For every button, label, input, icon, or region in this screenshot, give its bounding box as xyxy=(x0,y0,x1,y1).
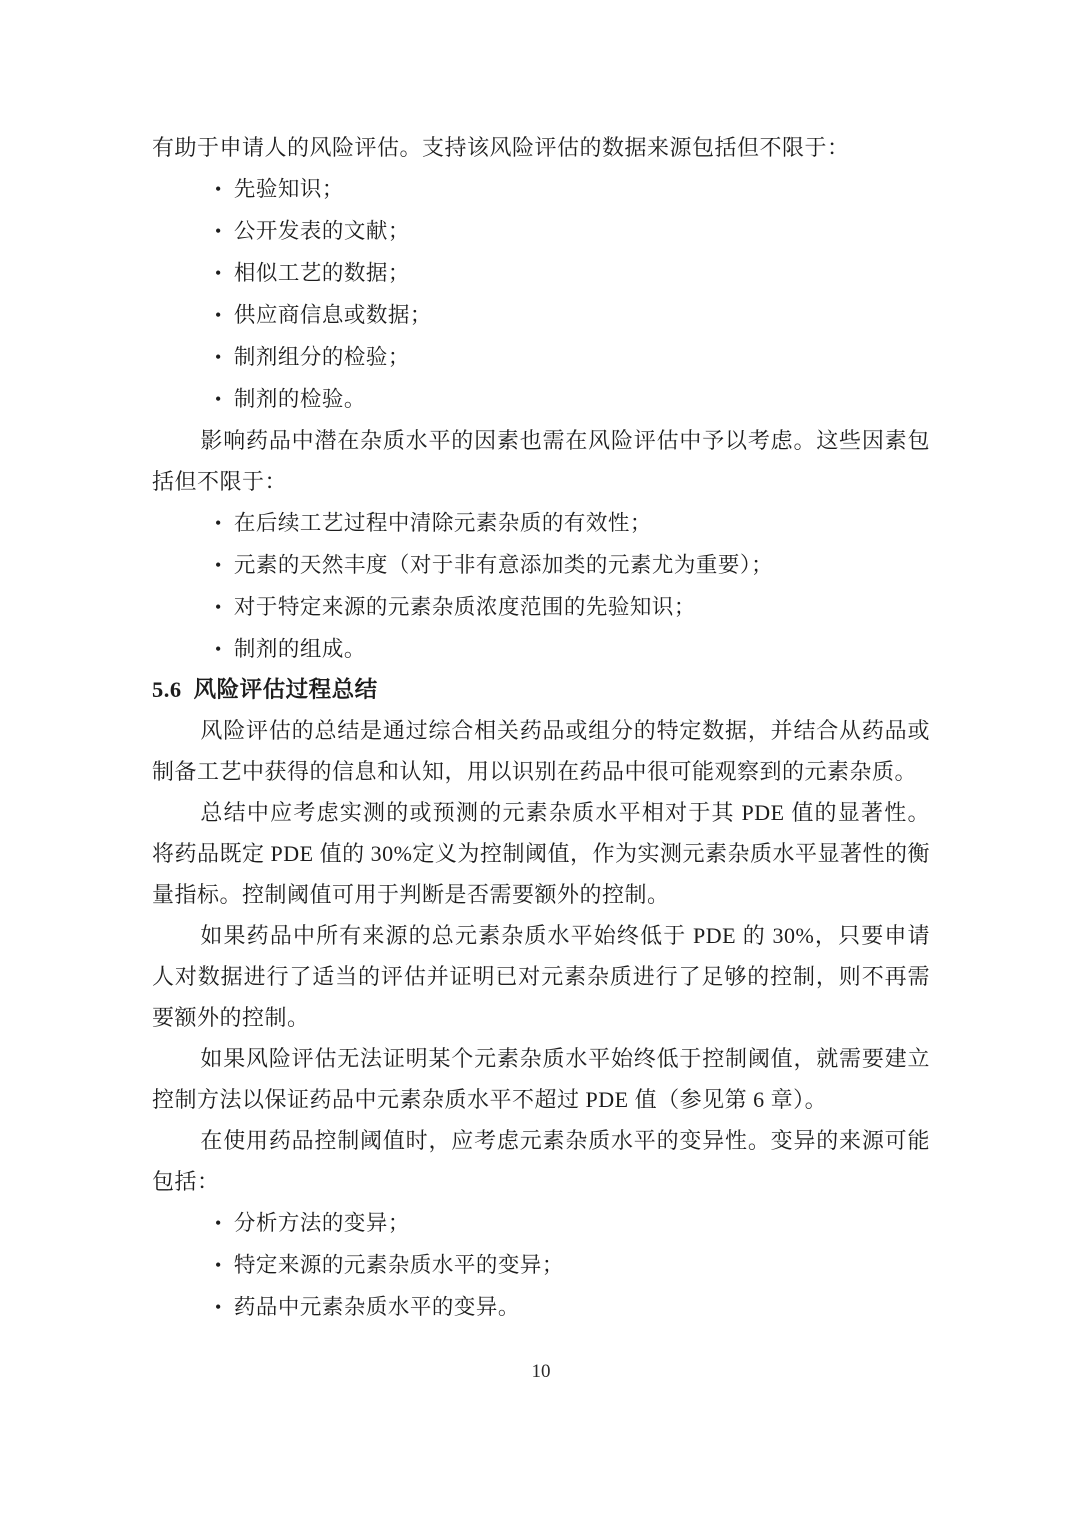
list-item: •元素的天然丰度（对于非有意添加类的元素尤为重要）； xyxy=(152,544,930,586)
list-item-text: 在后续工艺过程中清除元素杂质的有效性； xyxy=(234,511,652,535)
list-item-text: 制剂的检验。 xyxy=(234,387,366,411)
list-item: •特定来源的元素杂质水平的变异； xyxy=(152,1244,930,1286)
bullet-icon: • xyxy=(215,628,222,670)
section-number: 5.6 xyxy=(152,677,182,702)
bullet-icon: • xyxy=(215,1202,222,1244)
list-item-text: 对于特定来源的元素杂质浓度范围的先验知识； xyxy=(234,595,696,619)
list-item-text: 先验知识； xyxy=(234,177,344,201)
list-item: •对于特定来源的元素杂质浓度范围的先验知识； xyxy=(152,586,930,628)
list-item: •先验知识； xyxy=(152,168,930,210)
list-item-text: 供应商信息或数据； xyxy=(234,303,432,327)
paragraph: 如果药品中所有来源的总元素杂质水平始终低于 PDE 的 30%，只要申请人对数据… xyxy=(152,915,930,1038)
list-item: •制剂的组成。 xyxy=(152,628,930,670)
bullet-icon: • xyxy=(215,294,222,336)
data-sources-list: •先验知识； •公开发表的文献； •相似工艺的数据； •供应商信息或数据； •制… xyxy=(152,168,930,420)
bullet-icon: • xyxy=(215,378,222,420)
bullet-icon: • xyxy=(215,1286,222,1328)
variability-list: •分析方法的变异； •特定来源的元素杂质水平的变异； •药品中元素杂质水平的变异… xyxy=(152,1202,930,1328)
list-item-text: 特定来源的元素杂质水平的变异； xyxy=(234,1253,564,1277)
list-item-text: 相似工艺的数据； xyxy=(234,261,410,285)
section-title: 风险评估过程总结 xyxy=(194,677,378,702)
list-item-text: 分析方法的变异； xyxy=(234,1211,410,1235)
list-item: •制剂的检验。 xyxy=(152,378,930,420)
paragraph: 风险评估的总结是通过综合相关药品或组分的特定数据，并结合从药品或制备工艺中获得的… xyxy=(152,710,930,792)
bullet-icon: • xyxy=(215,544,222,586)
list-item: •制剂组分的检验； xyxy=(152,336,930,378)
list-item-text: 制剂组分的检验； xyxy=(234,345,410,369)
page-content: 有助于申请人的风险评估。支持该风险评估的数据来源包括但不限于： •先验知识； •… xyxy=(0,0,1080,1392)
section-heading: 5.6风险评估过程总结 xyxy=(152,670,930,710)
list-item-text: 公开发表的文献； xyxy=(234,219,410,243)
bullet-icon: • xyxy=(215,586,222,628)
list-item: •在后续工艺过程中清除元素杂质的有效性； xyxy=(152,502,930,544)
list-item-text: 元素的天然丰度（对于非有意添加类的元素尤为重要）； xyxy=(234,553,773,577)
bullet-icon: • xyxy=(215,336,222,378)
bullet-icon: • xyxy=(215,502,222,544)
bullet-icon: • xyxy=(215,1244,222,1286)
list-item: •公开发表的文献； xyxy=(152,210,930,252)
bullet-icon: • xyxy=(215,252,222,294)
document-page: 有助于申请人的风险评估。支持该风险评估的数据来源包括但不限于： •先验知识； •… xyxy=(0,0,1080,1527)
list-item: •分析方法的变异； xyxy=(152,1202,930,1244)
paragraph: 影响药品中潜在杂质水平的因素也需在风险评估中予以考虑。这些因素包括但不限于： xyxy=(152,420,930,502)
paragraph-continuation: 有助于申请人的风险评估。支持该风险评估的数据来源包括但不限于： xyxy=(152,127,930,168)
bullet-icon: • xyxy=(215,168,222,210)
list-item-text: 制剂的组成。 xyxy=(234,637,366,661)
paragraph: 总结中应考虑实测的或预测的元素杂质水平相对于其 PDE 值的显著性。将药品既定 … xyxy=(152,792,930,915)
paragraph: 如果风险评估无法证明某个元素杂质水平始终低于控制阈值，就需要建立控制方法以保证药… xyxy=(152,1038,930,1120)
list-item: •供应商信息或数据； xyxy=(152,294,930,336)
bullet-icon: • xyxy=(215,210,222,252)
factors-list: •在后续工艺过程中清除元素杂质的有效性； •元素的天然丰度（对于非有意添加类的元… xyxy=(152,502,930,670)
list-item: •相似工艺的数据； xyxy=(152,252,930,294)
list-item-text: 药品中元素杂质水平的变异。 xyxy=(234,1295,520,1319)
list-item: •药品中元素杂质水平的变异。 xyxy=(152,1286,930,1328)
paragraph: 在使用药品控制阈值时，应考虑元素杂质水平的变异性。变异的来源可能包括： xyxy=(152,1120,930,1202)
page-number: 10 xyxy=(152,1352,930,1392)
